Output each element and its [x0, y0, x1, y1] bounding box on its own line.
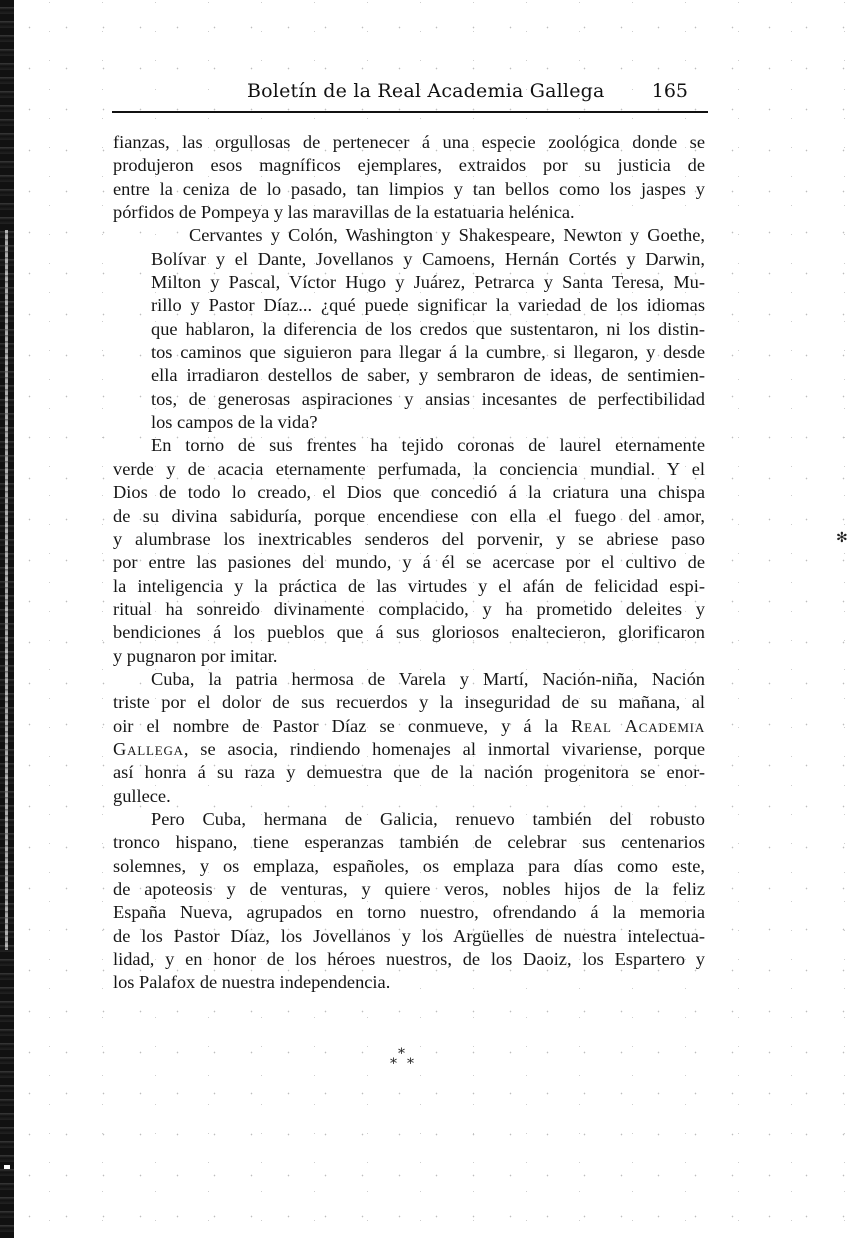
text-line: produjeron esos magníficos ejemplares, e…	[113, 154, 705, 177]
text-line: En torno de sus frentes ha tejido corona…	[113, 434, 705, 457]
page-number: 165	[652, 80, 688, 102]
text-line: Milton y Pascal, Víctor Hugo y Juárez, P…	[113, 271, 705, 294]
text-line: de los Pastor Díaz, los Jovellanos y los…	[113, 925, 705, 948]
academy-name-smallcaps: Gallega	[113, 739, 184, 759]
text-line: oir el nombre de Pastor Díaz se conmueve…	[113, 715, 705, 738]
academy-name-smallcaps: Real Academia	[571, 716, 705, 736]
text-line: bendiciones á los pueblos que á sus glor…	[113, 621, 705, 644]
text-line: tronco hispano, tiene esperanzas también…	[113, 831, 705, 854]
paragraph-5: Pero Cuba, hermana de Galicia, renuevo t…	[113, 808, 705, 995]
text-line: Cuba, la patria hermosa de Varela y Mart…	[113, 668, 705, 691]
text-line: rillo y Pastor Díaz... ¿qué puede signif…	[113, 294, 705, 317]
text-line: fianzas, las orgullosas de pertenecer á …	[113, 131, 705, 154]
text-line: que hablaron, la diferencia de los credo…	[113, 318, 705, 341]
text-line: tos caminos que siguieron para llegar á …	[113, 341, 705, 364]
paragraph-3: En torno de sus frentes ha tejido corona…	[113, 434, 705, 667]
text-line: ella irradiaron destellos de saber, y se…	[113, 364, 705, 387]
paragraph-4: Cuba, la patria hermosa de Varela y Mart…	[113, 668, 705, 808]
text-line: ritual ha sonreido divinamente complacid…	[113, 598, 705, 621]
asterisk-icon: *	[398, 1046, 405, 1062]
text-line: los Palafox de nuestra independencia.	[113, 971, 705, 994]
text-line: tos, de generosas aspiraciones y ansias …	[113, 388, 705, 411]
text-line: pórfidos de Pompeya y las maravillas de …	[113, 201, 705, 224]
text-line: Gallega, se asocia, rindiendo homenajes …	[113, 738, 705, 761]
paragraph-1: fianzas, las orgullosas de pertenecer á …	[113, 131, 705, 224]
page-header: Boletín de la Real Academia Gallega 165	[112, 80, 708, 110]
text-line: y pugnaron por imitar.	[113, 645, 705, 668]
text-line: verde y de acacia eternamente perfumada,…	[113, 458, 705, 481]
text-line: de su divina sabiduría, porque encendies…	[113, 505, 705, 528]
text-fragment: oir el nombre de Pastor Díaz se conmueve…	[113, 716, 571, 736]
text-line: lidad, y en honor de los héroes nuestros…	[113, 948, 705, 971]
text-line: Dios de todo lo creado, el Dios que conc…	[113, 481, 705, 504]
body-text: fianzas, las orgullosas de pertenecer á …	[113, 131, 705, 995]
asterism-ornament: * * *	[388, 1046, 448, 1076]
text-line: así honra á su raza y demuestra que de l…	[113, 761, 705, 784]
text-line: España Nueva, agrupados en torno nuestro…	[113, 901, 705, 924]
text-line: gullece.	[113, 785, 705, 808]
text-line: entre la ceniza de lo pasado, tan limpio…	[113, 178, 705, 201]
text-line: solemnes, y os emplaza, españoles, os em…	[113, 855, 705, 878]
text-fragment: , se asocia, rindiendo homenajes al inmo…	[184, 739, 705, 759]
text-line: Pero Cuba, hermana de Galicia, renuevo t…	[113, 808, 705, 831]
paragraph-2: Cervantes y Colón, Washington y Shakespe…	[113, 224, 705, 434]
margin-smudge-mark: ✻	[836, 530, 848, 546]
text-line: la inteligencia y la práctica de las vir…	[113, 575, 705, 598]
text-line: los campos de la vida?	[113, 411, 705, 434]
text-line: y alumbrase los inextricables senderos d…	[113, 528, 705, 551]
text-line: triste por el dolor de sus recuerdos y l…	[113, 691, 705, 714]
text-line: de apoteosis y de venturas, y quiere ver…	[113, 878, 705, 901]
header-rule	[112, 111, 708, 113]
binding-edge	[0, 0, 14, 1238]
asterisk-icon: *	[390, 1056, 397, 1072]
text-line: por entre las pasiones del mundo, y á él…	[113, 551, 705, 574]
text-line: Bolívar y el Dante, Jovellanos y Camoens…	[113, 248, 705, 271]
asterisk-icon: *	[407, 1056, 414, 1072]
running-title: Boletín de la Real Academia Gallega	[247, 80, 605, 102]
binding-gap	[4, 1165, 10, 1169]
text-line: Cervantes y Colón, Washington y Shakespe…	[113, 224, 705, 247]
